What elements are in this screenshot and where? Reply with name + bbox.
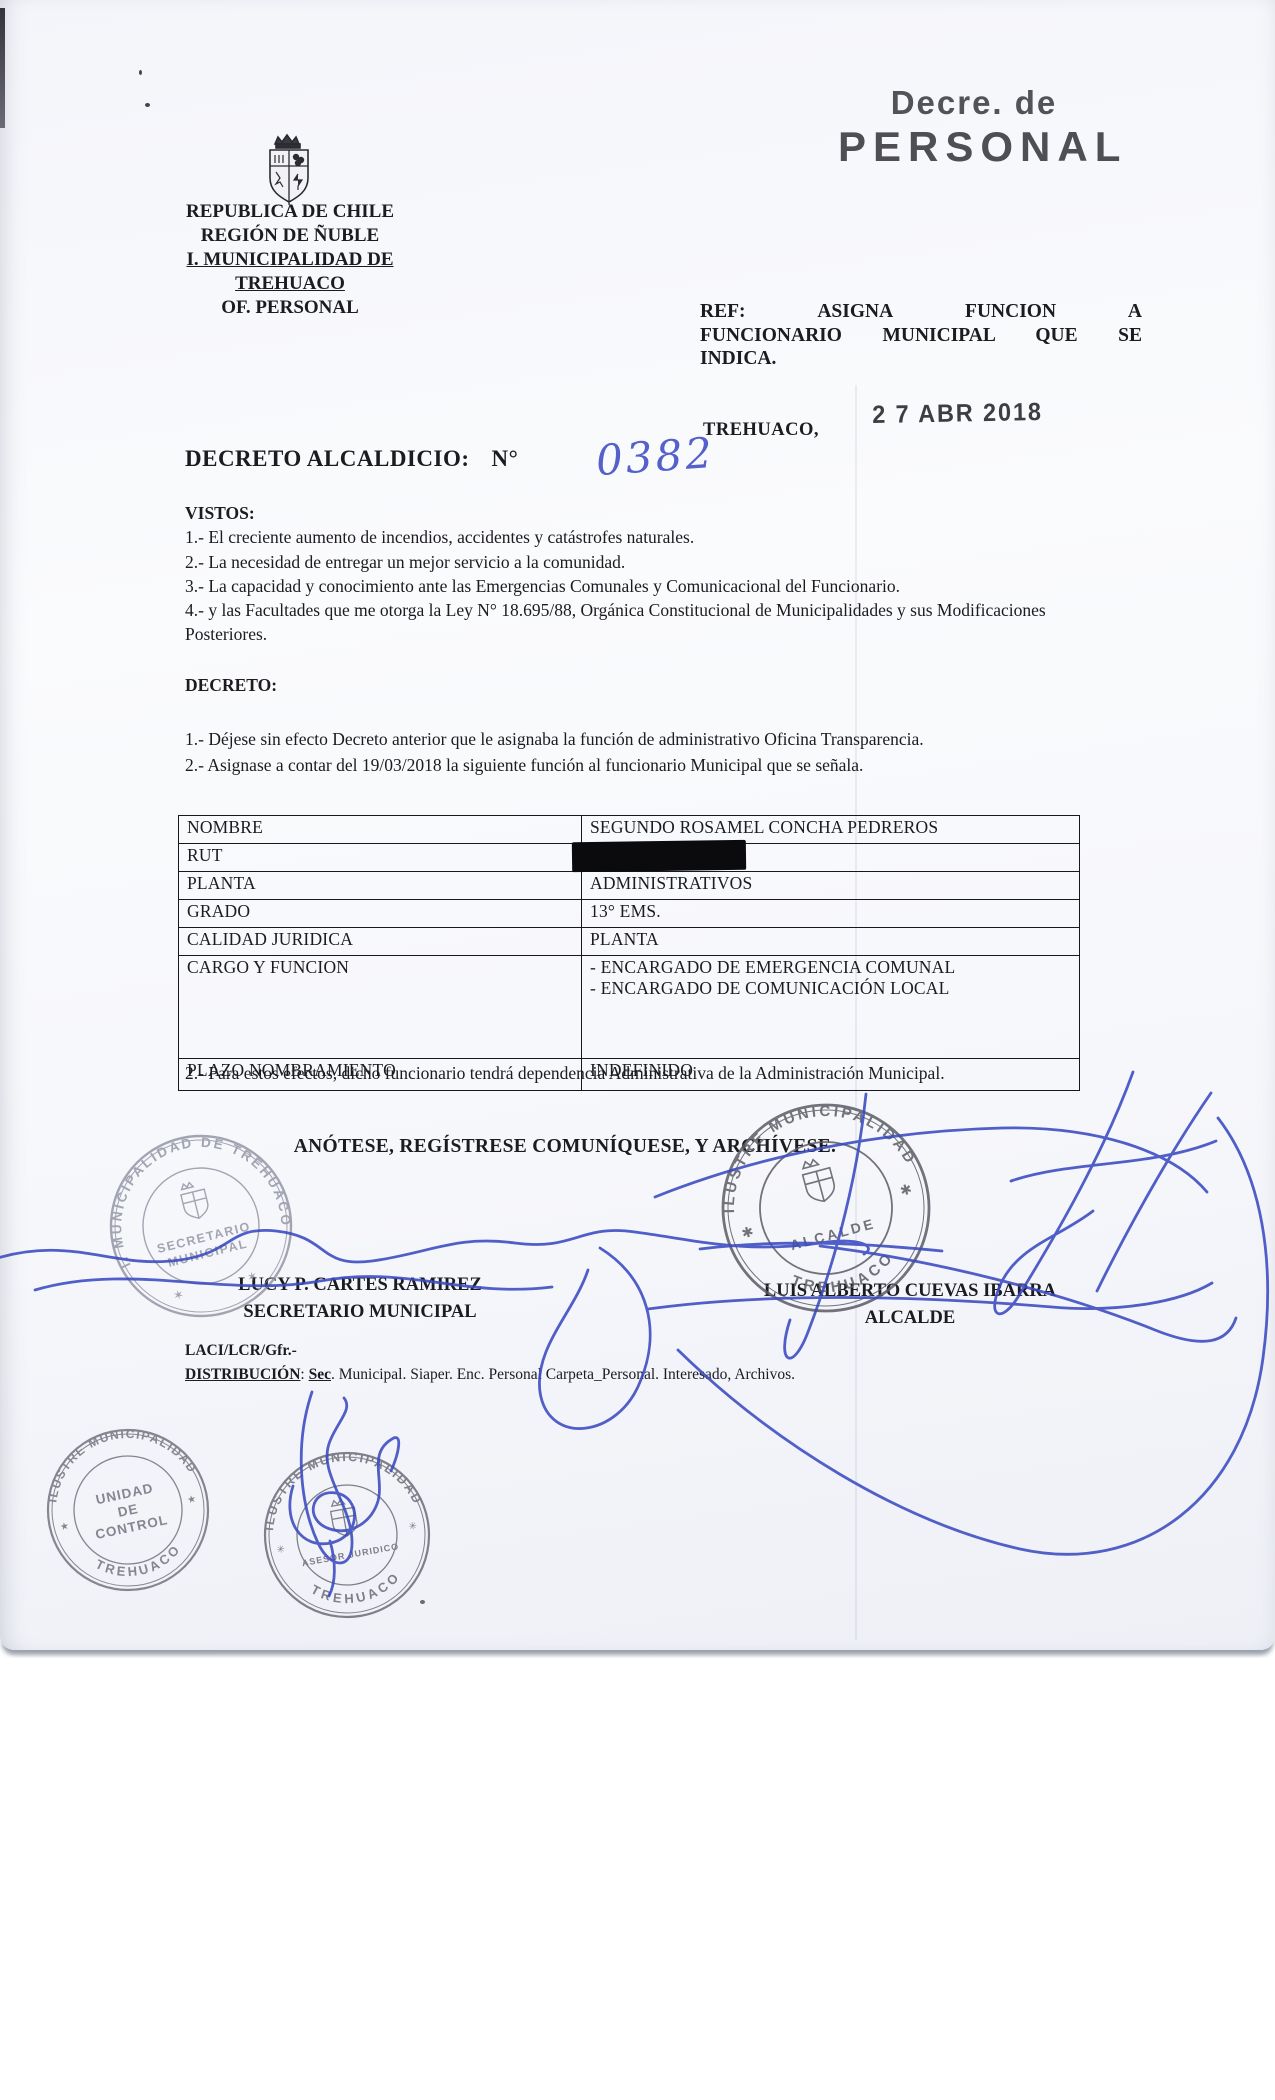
row-label: GRADO <box>179 900 582 928</box>
vistos-item: 2.- La necesidad de entregar un mejor se… <box>185 550 1105 574</box>
signature-block-alcalde: LUIS ALBERTO CUEVAS IBARRA ALCALDE <box>680 1278 1140 1332</box>
dust-speck <box>420 1600 425 1604</box>
ref-line-1: REF: ASIGNA FUNCION A <box>700 300 1142 324</box>
row-label: PLANTA <box>179 872 582 900</box>
rut-redaction-bar <box>572 840 746 872</box>
row-label: CARGO Y FUNCION <box>179 956 582 1059</box>
decreto-item: 2.- Asignase a contar del 19/03/2018 la … <box>185 752 1105 778</box>
footer-initials: LACI/LCR/Gfr.- <box>185 1342 297 1360</box>
order-line: ANÓTESE, REGÍSTRESE COMUNÍQUESE, Y ARCHÍ… <box>235 1136 895 1158</box>
personnel-decree-stamp: Decre. de PERSONAL <box>838 84 1110 171</box>
distribution-line: DISTRIBUCIÓN: Sec. Municipal. Siaper. En… <box>185 1366 1185 1384</box>
table-row: CARGO Y FUNCION - ENCARGADO DE EMERGENCI… <box>179 956 1080 1059</box>
decreto-item: 1.- Déjese sin efecto Decreto anterior q… <box>185 726 1105 752</box>
decree-number-label: N° <box>492 446 519 471</box>
alcalde-name: LUIS ALBERTO CUEVAS IBARRA <box>680 1278 1140 1305</box>
row-label: CALIDAD JURIDICA <box>179 928 582 956</box>
date-stamp: 2 7 ABR 2018 <box>872 398 1043 430</box>
decreto-heading: DECRETO: <box>185 673 1105 697</box>
vistos-item: 4.- y las Facultades que me otorga la Le… <box>185 598 1105 647</box>
row-value: ADMINISTRATIVOS <box>582 872 1080 900</box>
city-label: TREHUACO, <box>703 420 819 441</box>
vistos-item: 1.- El creciente aumento de incendios, a… <box>185 525 1105 549</box>
table-row: NOMBRESEGUNDO ROSAMEL CONCHA PEDREROS <box>179 816 1080 844</box>
letterhead-municipality: I. MUNICIPALIDAD DE TREHUACO <box>130 248 450 296</box>
stamp-line-1: Decre. de <box>838 84 1110 122</box>
row-value: SEGUNDO ROSAMEL CONCHA PEDREROS <box>582 816 1080 844</box>
table-row: GRADO13° EMS. <box>179 900 1080 928</box>
row-label: NOMBRE <box>179 816 582 844</box>
row-label: RUT <box>179 844 582 872</box>
ref-block: REF: ASIGNA FUNCION A FUNCIONARIO MUNICI… <box>700 300 1142 371</box>
signature-block-secretario: LUCY P. CARTES RAMIREZ SECRETARIO MUNICI… <box>150 1272 570 1326</box>
secretario-name: LUCY P. CARTES RAMIREZ <box>150 1272 570 1299</box>
alcalde-title: ALCALDE <box>680 1305 1140 1332</box>
letterhead-country: REPUBLICA DE CHILE <box>130 200 450 224</box>
decreto-section: 1.- Déjese sin efecto Decreto anterior q… <box>185 726 1105 778</box>
letterhead-region: REGIÓN DE ÑUBLE <box>130 224 450 248</box>
letterhead-office: OF. PERSONAL <box>130 296 450 320</box>
row-value: PLANTA <box>582 928 1080 956</box>
dust-speck <box>145 103 150 107</box>
stamp-line-2: PERSONAL <box>838 123 1110 171</box>
coat-of-arms-icon <box>258 130 320 210</box>
distribution-colon: : <box>300 1366 308 1383</box>
scan-edge-artifact <box>0 8 5 128</box>
scanned-decree-page: Decre. de PERSONAL REPUBLICA DE CHILE RE… <box>0 0 1275 2100</box>
vistos-section: VISTOS: 1.- El creciente aumento de ince… <box>185 501 1105 647</box>
distribution-rest: . Municipal. Siaper. Enc. Personal Carpe… <box>331 1366 795 1383</box>
distribution-label: DISTRIBUCIÓN <box>185 1366 300 1383</box>
cargo-line-1: - ENCARGADO DE EMERGENCIA COMUNAL <box>590 957 1077 978</box>
row-value: - ENCARGADO DE EMERGENCIA COMUNAL - ENCA… <box>582 956 1080 1059</box>
table-row: CALIDAD JURIDICAPLANTA <box>179 928 1080 956</box>
decree-number-handwritten: 0382 <box>594 428 716 485</box>
ref-line-2: FUNCIONARIO MUNICIPAL QUE SE <box>700 324 1142 348</box>
letterhead: REPUBLICA DE CHILE REGIÓN DE ÑUBLE I. MU… <box>130 200 450 320</box>
closing-note: 2.- Para estos efectos, dicho funcionari… <box>185 1063 1165 1084</box>
secretario-title: SECRETARIO MUNICIPAL <box>150 1299 570 1326</box>
row-value: 13° EMS. <box>582 900 1080 928</box>
table-row: PLANTAADMINISTRATIVOS <box>179 872 1080 900</box>
ref-line-3: INDICA. <box>700 347 1142 371</box>
dust-speck <box>139 70 142 75</box>
vistos-item: 3.- La capacidad y conocimiento ante las… <box>185 574 1105 598</box>
vistos-heading: VISTOS: <box>185 501 1105 525</box>
distribution-sec: Sec <box>309 1366 331 1383</box>
cargo-line-2: - ENCARGADO DE COMUNICACIÓN LOCAL <box>590 978 1077 999</box>
scanner-background <box>0 1658 1275 2100</box>
decree-title-label: DECRETO ALCALDICIO: <box>185 446 470 471</box>
decree-title: DECRETO ALCALDICIO:N° <box>185 446 518 472</box>
